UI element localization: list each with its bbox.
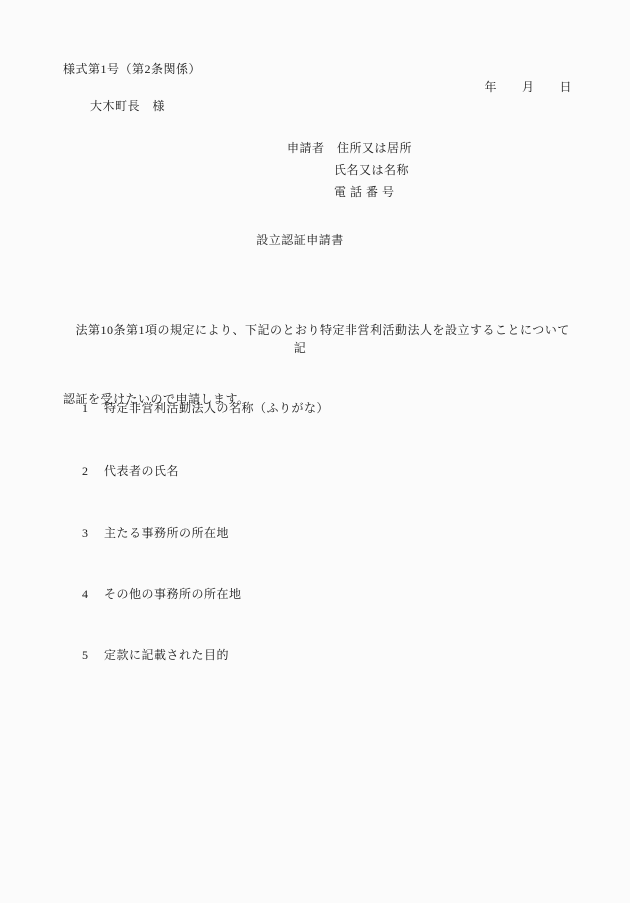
item-label: その他の事務所の所在地 <box>104 587 242 601</box>
form-number: 様式第1号（第2条関係） <box>63 60 201 77</box>
ki-marker: 記 <box>0 339 600 356</box>
item-number: 4 <box>82 587 104 602</box>
item-number: 5 <box>82 648 104 663</box>
date-line: 年 月 日 <box>484 78 572 95</box>
item-number: 2 <box>82 464 104 479</box>
list-item-4: 4その他の事務所の所在地 <box>68 570 242 617</box>
document-title: 設立認証申請書 <box>0 231 600 248</box>
applicant-address-line: 申請者 住所又は居所 <box>287 139 412 156</box>
list-item-3: 3主たる事務所の所在地 <box>68 509 229 556</box>
application-form-page: 様式第1号（第2条関係） 年 月 日 大木町長 様 申請者 住所又は居所 氏名又… <box>0 0 630 903</box>
item-label: 主たる事務所の所在地 <box>104 526 229 540</box>
list-item-2: 2代表者の氏名 <box>68 447 179 494</box>
item-number: 3 <box>82 526 104 541</box>
item-label: 代表者の氏名 <box>104 464 179 478</box>
item-number: 1 <box>82 401 104 416</box>
item-label: 定款に記載された目的 <box>104 648 229 662</box>
addressee: 大木町長 様 <box>90 97 165 114</box>
list-item-1: 1特定非営利活動法人の名称（ふりがな） <box>68 384 329 431</box>
applicant-name-line: 氏名又は名称 <box>334 161 409 178</box>
item-label: 特定非営利活動法人の名称（ふりがな） <box>104 401 329 415</box>
applicant-phone-line: 電 話 番 号 <box>334 183 395 200</box>
list-item-5: 5定款に記載された目的 <box>68 631 229 678</box>
